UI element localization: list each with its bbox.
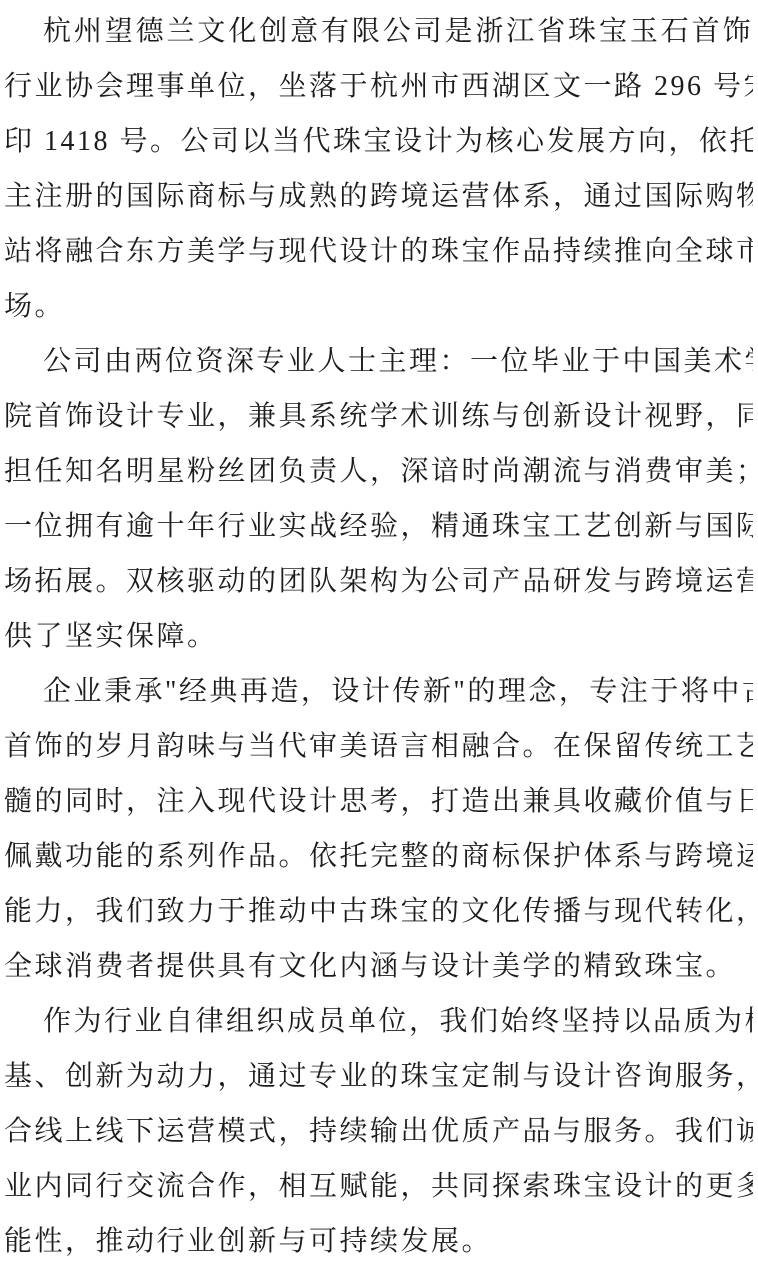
text-line: 杭州望德兰文化创意有限公司是浙江省珠宝玉石首饰 [4, 4, 753, 59]
text-line: 全球消费者提供具有文化内涵与设计美学的精致珠宝。 [4, 939, 753, 994]
text-line: 佩戴功能的系列作品。依托完整的商标保护体系与跨境运营 [4, 829, 753, 884]
text-line: 业内同行交流合作，相互赋能，共同探索珠宝设计的更多可 [4, 1159, 753, 1214]
text-line: 站将融合东方美学与现代设计的珠宝作品持续推向全球市 [4, 224, 753, 279]
text-line: 场。 [4, 279, 753, 334]
text-line: 企业秉承"经典再造，设计传新"的理念，专注于将中古 [4, 664, 753, 719]
text-line: 合线上线下运营模式，持续输出优质产品与服务。我们诚邀 [4, 1104, 753, 1159]
text-line: 能力，我们致力于推动中古珠宝的文化传播与现代转化，为 [4, 884, 753, 939]
text-line: 主注册的国际商标与成熟的跨境运营体系，通过国际购物网 [4, 169, 753, 224]
text-line: 一位拥有逾十年行业实战经验，精通珠宝工艺创新与国际市 [4, 499, 753, 554]
text-line: 供了坚实保障。 [4, 609, 753, 664]
text-line: 首饰的岁月韵味与当代审美语言相融合。在保留传统工艺精 [4, 719, 753, 774]
text-line: 院首饰设计专业，兼具系统学术训练与创新设计视野，同时 [4, 389, 753, 444]
text-line: 行业协会理事单位，坐落于杭州市西湖区文一路 296 号宋江 [4, 59, 753, 114]
text-line: 公司由两位资深专业人士主理：一位毕业于中国美术学 [4, 334, 753, 389]
company-profile-text: 杭州望德兰文化创意有限公司是浙江省珠宝玉石首饰行业协会理事单位，坐落于杭州市西湖… [0, 0, 758, 1269]
document-page: 杭州望德兰文化创意有限公司是浙江省珠宝玉石首饰行业协会理事单位，坐落于杭州市西湖… [0, 0, 758, 1280]
text-line: 作为行业自律组织成员单位，我们始终坚持以品质为根 [4, 994, 753, 1049]
text-line: 印 1418 号。公司以当代珠宝设计为核心发展方向，依托自 [4, 114, 753, 169]
text-line: 担任知名明星粉丝团负责人，深谙时尚潮流与消费审美；另 [4, 444, 753, 499]
text-line: 髓的同时，注入现代设计思考，打造出兼具收藏价值与日常 [4, 774, 753, 829]
text-line: 基、创新为动力，通过专业的珠宝定制与设计咨询服务，结 [4, 1049, 753, 1104]
text-line: 场拓展。双核驱动的团队架构为公司产品研发与跨境运营提 [4, 554, 753, 609]
text-line: 能性，推动行业创新与可持续发展。 [4, 1214, 753, 1269]
